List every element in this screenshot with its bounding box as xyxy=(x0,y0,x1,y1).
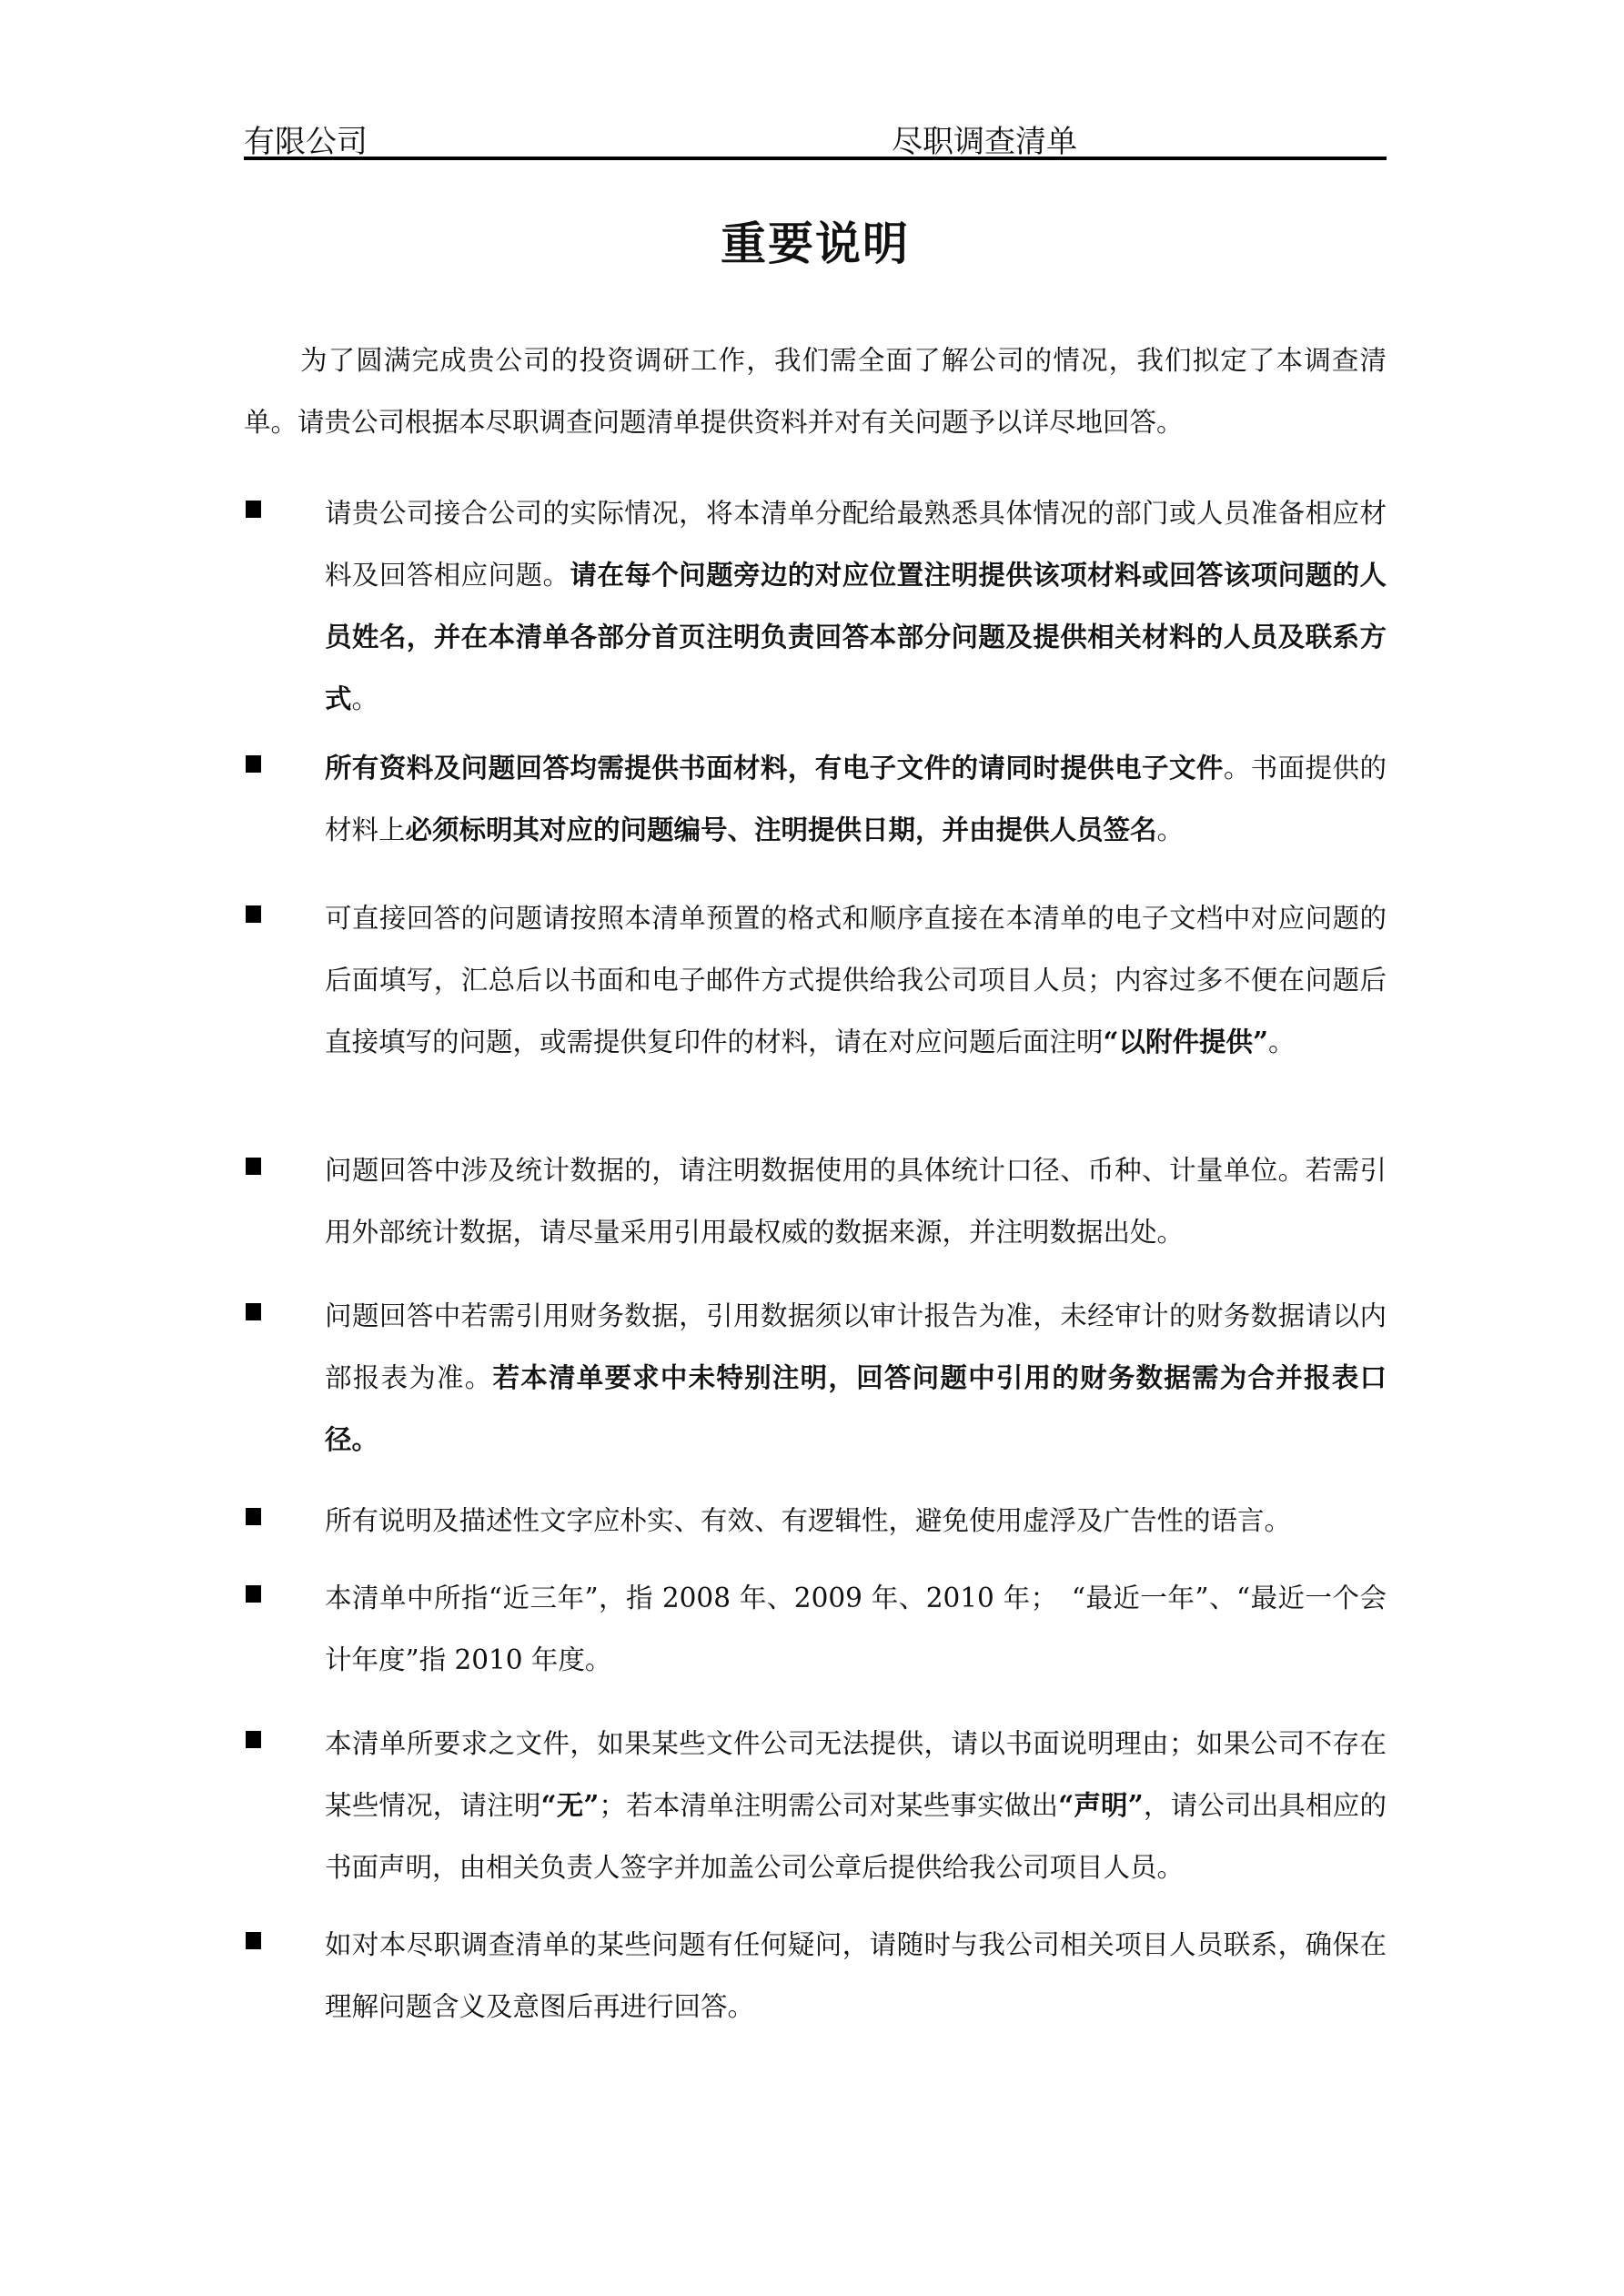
list-item-text: 请贵公司接合公司的实际情况，将本清单分配给最熟悉具体情况的部门或人员准备相应材料… xyxy=(325,482,1387,730)
intro-paragraph: 为了圆满完成贵公司的投资调研工作，我们需全面了解公司的情况，我们拟定了本调查清单… xyxy=(244,329,1387,453)
header-rule xyxy=(244,157,1387,160)
emphasized-text: “以附件提供” xyxy=(1104,1026,1268,1057)
black-square-bullet-icon xyxy=(246,1158,261,1175)
list-item-text: 所有说明及描述性文字应朴实、有效、有逻辑性，避免使用虚浮及广告性的语言。 xyxy=(325,1490,1387,1552)
black-square-bullet-icon xyxy=(246,1303,261,1320)
body-text: 所有说明及描述性文字应朴实、有效、有逻辑性，避免使用虚浮及广告性的语言。 xyxy=(325,1505,1291,1536)
body-text: 。 xyxy=(1157,814,1185,845)
body-text: 。 xyxy=(1268,1027,1296,1057)
body-text: 。 xyxy=(352,683,379,714)
list-item: 可直接回答的问题请按照本清单预置的格式和顺序直接在本清单的电子文档中对应问题的后… xyxy=(244,887,1387,1073)
header-doc-title: 尽职调查清单 xyxy=(892,116,1077,161)
list-item: 本清单所要求之文件，如果某些文件公司无法提供，请以书面说明理由；如果公司不存在某… xyxy=(244,1713,1387,1898)
black-square-bullet-icon xyxy=(246,1508,261,1525)
black-square-bullet-icon xyxy=(246,1932,261,1949)
list-item: 所有说明及描述性文字应朴实、有效、有逻辑性，避免使用虚浮及广告性的语言。 xyxy=(244,1490,1387,1552)
body-text: 问题回答中涉及统计数据的，请注明数据使用的具体统计口径、币种、计量单位。若需引用… xyxy=(325,1155,1387,1248)
list-item: 本清单中所指“近三年”，指 2008 年、2009 年、2010 年； “最近一… xyxy=(244,1567,1387,1691)
black-square-bullet-icon xyxy=(246,905,261,923)
black-square-bullet-icon xyxy=(246,755,261,773)
list-item: 问题回答中涉及统计数据的，请注明数据使用的具体统计口径、币种、计量单位。若需引用… xyxy=(244,1139,1387,1263)
body-text: 如对本尽职调查清单的某些问题有任何疑问，请随时与我公司相关项目人员联系，确保在理… xyxy=(325,1929,1387,2022)
black-square-bullet-icon xyxy=(246,1731,261,1748)
body-text: 本清单中所指“近三年”，指 2008 年、2009 年、2010 年； “最近一… xyxy=(325,1583,1387,1675)
list-item-text: 可直接回答的问题请按照本清单预置的格式和顺序直接在本清单的电子文档中对应问题的后… xyxy=(325,887,1387,1073)
black-square-bullet-icon xyxy=(246,1585,261,1603)
emphasized-text: “无” xyxy=(541,1789,600,1821)
emphasized-text: “声明” xyxy=(1058,1789,1144,1821)
list-item-text: 本清单所要求之文件，如果某些文件公司无法提供，请以书面说明理由；如果公司不存在某… xyxy=(325,1713,1387,1898)
emphasized-text: 必须标明其对应的问题编号、注明提供日期，并由提供人员签名 xyxy=(406,814,1157,845)
list-item: 请贵公司接合公司的实际情况，将本清单分配给最熟悉具体情况的部门或人员准备相应材料… xyxy=(244,482,1387,730)
emphasized-text: 所有资料及问题回答均需提供书面材料，有电子文件的请同时提供电子文件 xyxy=(325,752,1224,784)
list-item: 所有资料及问题回答均需提供书面材料，有电子文件的请同时提供电子文件。书面提供的材… xyxy=(244,737,1387,861)
list-item-text: 如对本尽职调查清单的某些问题有任何疑问，请随时与我公司相关项目人员联系，确保在理… xyxy=(325,1914,1387,2038)
page-header: 有限公司 尽职调查清单 xyxy=(244,116,1387,158)
page-title: 重要说明 xyxy=(244,207,1387,273)
list-item: 如对本尽职调查清单的某些问题有任何疑问，请随时与我公司相关项目人员联系，确保在理… xyxy=(244,1914,1387,2038)
list-item-text: 所有资料及问题回答均需提供书面材料，有电子文件的请同时提供电子文件。书面提供的材… xyxy=(325,737,1387,861)
body-text: ；若本清单注明需公司对某些事实做出 xyxy=(599,1790,1058,1821)
list-item-text: 本清单中所指“近三年”，指 2008 年、2009 年、2010 年； “最近一… xyxy=(325,1567,1387,1691)
list-item-text: 问题回答中若需引用财务数据，引用数据须以审计报告为准，未经审计的财务数据请以内部… xyxy=(325,1285,1387,1471)
header-company: 有限公司 xyxy=(244,116,368,161)
list-item-text: 问题回答中涉及统计数据的，请注明数据使用的具体统计口径、币种、计量单位。若需引用… xyxy=(325,1139,1387,1263)
black-square-bullet-icon xyxy=(246,501,261,518)
list-item: 问题回答中若需引用财务数据，引用数据须以审计报告为准，未经审计的财务数据请以内部… xyxy=(244,1285,1387,1471)
